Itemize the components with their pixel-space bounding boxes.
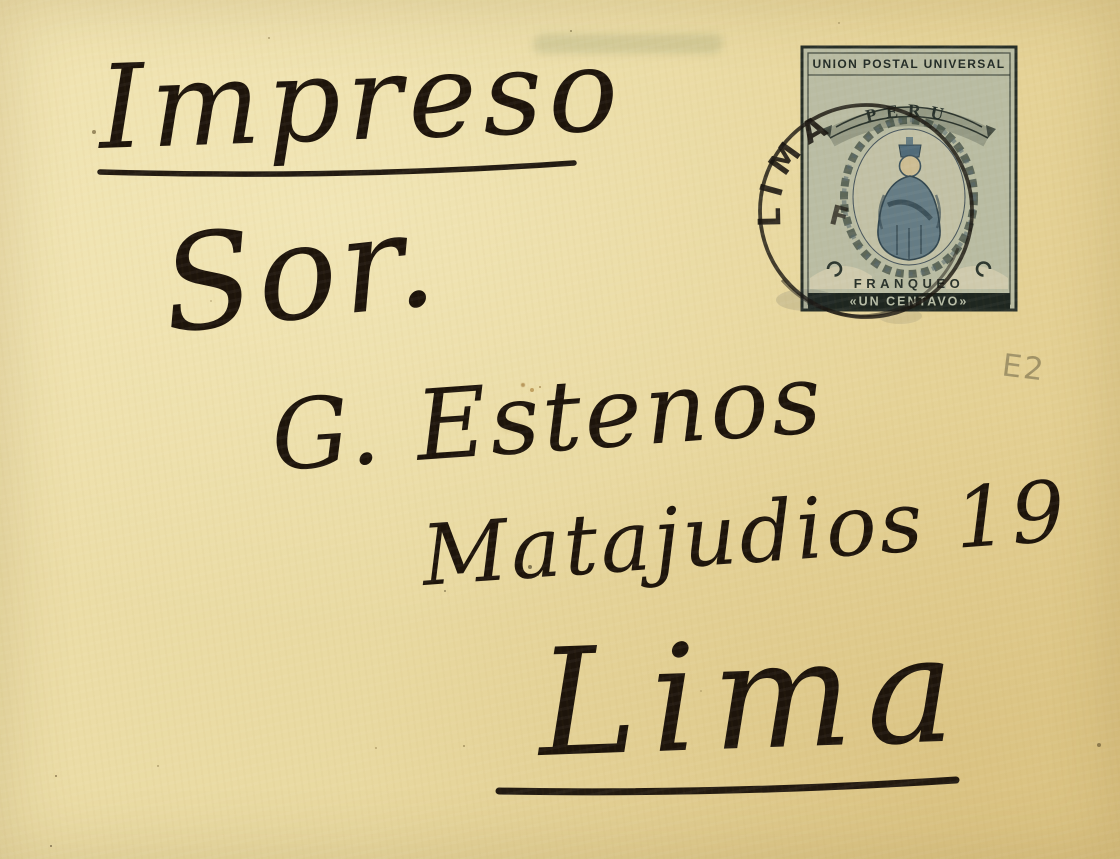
figure-head (900, 156, 921, 177)
pencil-note: E2 (1000, 347, 1047, 388)
handwritten-city: Lima (532, 603, 971, 790)
handwritten-addressee: G. Estenos (268, 342, 828, 493)
franqueo-label: FRANQUEO (854, 276, 964, 291)
imprinted-stamp: UNION POSTAL UNIVERSAL PERU (800, 45, 1018, 312)
paper-stain (500, 420, 526, 432)
figure-plume (906, 137, 913, 145)
ink-offset-smudge (532, 34, 724, 54)
paper-speckles (0, 0, 2, 2)
handwritten-street-line: Matajudios 19 (417, 462, 1071, 605)
stamp-top-inscription: UNION POSTAL UNIVERSAL (812, 57, 1005, 71)
handwritten-salutation: Sor. (155, 182, 446, 364)
denomination-label: «UN CENTAVO» (850, 295, 969, 309)
endorsement-underline (100, 163, 574, 174)
stamp-graphic: UNION POSTAL UNIVERSAL PERU (800, 45, 1018, 312)
envelope-photo: Impreso Sor. G. Estenos Matajudios 19 Li… (0, 0, 1120, 859)
city-underline (499, 780, 956, 792)
